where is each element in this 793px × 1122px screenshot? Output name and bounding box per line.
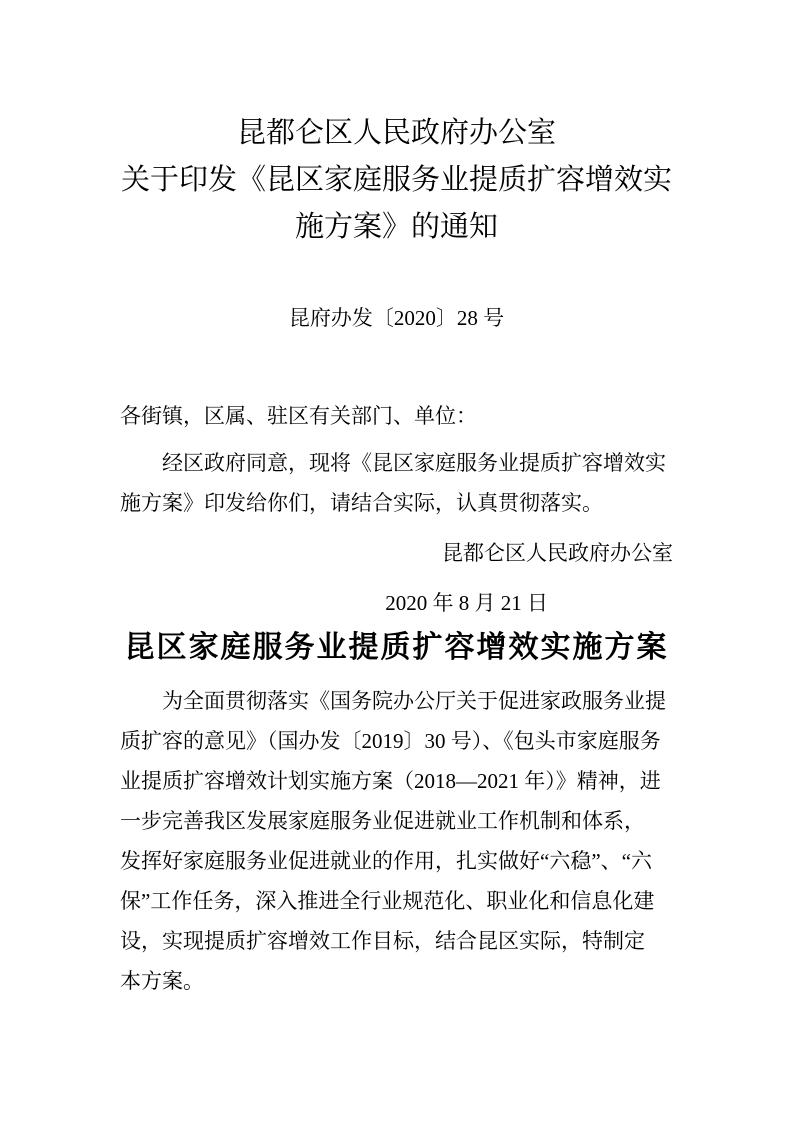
plan-paragraph-line: 保”工作任务，深入推进全行业规范化、职业化和信息化建 <box>120 881 673 921</box>
salutation: 各街镇，区属、驻区有关部门、单位： <box>120 396 673 436</box>
issue-date: 2020 年 8 月 21 日 <box>120 583 673 623</box>
salutation-block: 各街镇，区属、驻区有关部门、单位： <box>120 396 673 436</box>
plan-paragraph-line: 为全面贯彻落实《国务院办公厅关于促进家政服务业提 <box>120 681 673 721</box>
doc-number: 昆府办发〔2020〕28 号 <box>120 298 673 338</box>
notice-body-block: 经区政府同意，现将《昆区家庭服务业提质扩容增效实 施方案》印发给你们，请结合实际… <box>120 443 673 523</box>
plan-paragraph-block: 为全面贯彻落实《国务院办公厅关于促进家政服务业提 质扩容的意见》（国办发〔201… <box>120 681 673 1001</box>
plan-title-block: 昆区家庭服务业提质扩容增效实施方案 <box>120 624 673 671</box>
plan-paragraph-line: 质扩容的意见》（国办发〔2019〕30 号）、《包头市家庭服务 <box>120 721 673 761</box>
notice-body-line: 施方案》印发给你们，请结合实际，认真贯彻落实。 <box>120 483 673 523</box>
subject-title-line: 施方案》的通知 <box>120 204 673 251</box>
date-block: 2020 年 8 月 21 日 <box>120 583 673 623</box>
notice-body-line: 经区政府同意，现将《昆区家庭服务业提质扩容增效实 <box>120 443 673 483</box>
plan-title: 昆区家庭服务业提质扩容增效实施方案 <box>120 624 673 671</box>
plan-paragraph-line: 业提质扩容增效计划实施方案（2018—2021 年）》精神，进 <box>120 761 673 801</box>
org-title: 昆都仑区人民政府办公室 <box>120 110 673 157</box>
signature: 昆都仑区人民政府办公室 <box>120 533 673 573</box>
plan-paragraph-line: 本方案。 <box>120 961 673 1001</box>
subject-title-block: 关于印发《昆区家庭服务业提质扩容增效实 施方案》的通知 <box>120 157 673 251</box>
org-title-block: 昆都仑区人民政府办公室 <box>120 110 673 157</box>
document-page: 昆都仑区人民政府办公室 关于印发《昆区家庭服务业提质扩容增效实 施方案》的通知 … <box>0 0 793 1122</box>
subject-title-line: 关于印发《昆区家庭服务业提质扩容增效实 <box>120 157 673 204</box>
signature-block: 昆都仑区人民政府办公室 <box>120 533 673 573</box>
plan-paragraph-line: 一步完善我区发展家庭服务业促进就业工作机制和体系， <box>120 801 673 841</box>
plan-paragraph-line: 发挥好家庭服务业促进就业的作用，扎实做好“六稳”、“六 <box>120 841 673 881</box>
doc-number-block: 昆府办发〔2020〕28 号 <box>120 298 673 338</box>
plan-paragraph-line: 设，实现提质扩容增效工作目标，结合昆区实际，特制定 <box>120 921 673 961</box>
